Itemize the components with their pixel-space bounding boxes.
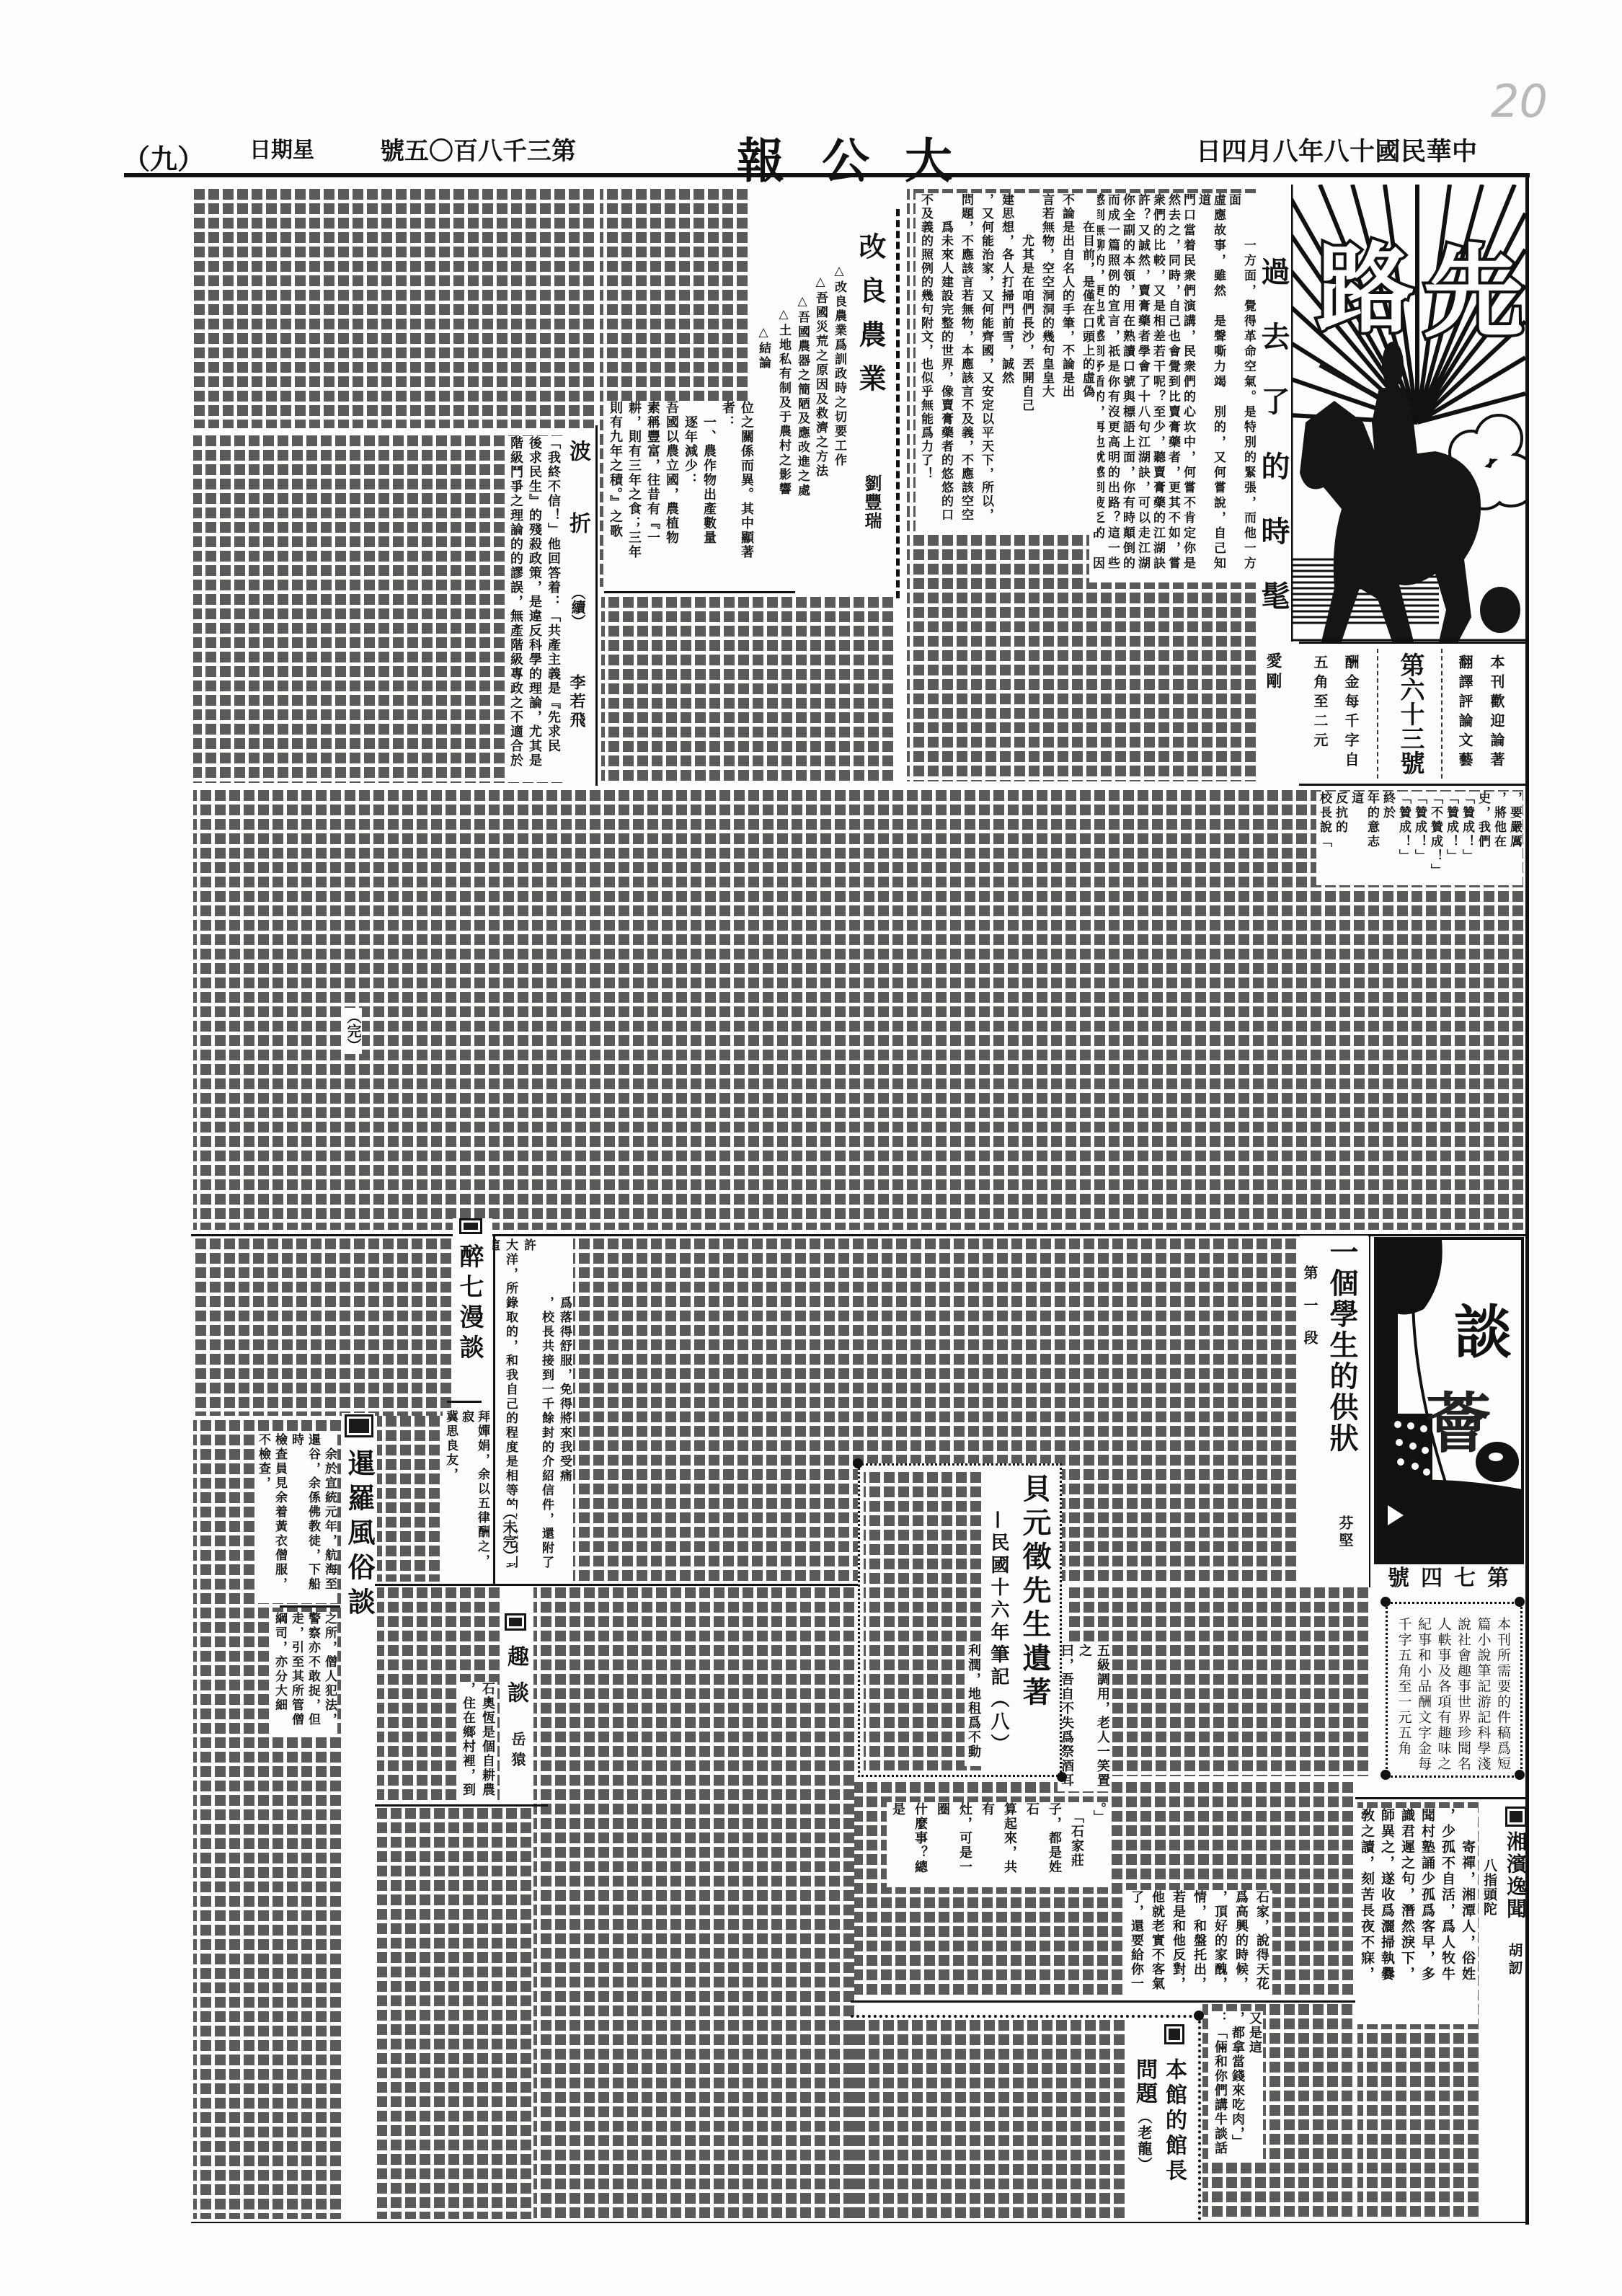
- dotted-rule: [851, 2015, 1198, 2018]
- article-part-label: 第一段: [1303, 1265, 1317, 1362]
- text-texture-left-bottom: [377, 1808, 531, 2219]
- text-column: 他就老實不客氣: [1147, 1890, 1168, 1998]
- text-texture-agriculture-continued: [193, 189, 594, 428]
- masthead-char-3: 報: [737, 123, 784, 191]
- text-column: 不檢查，: [254, 1433, 271, 1603]
- logo-char-tan: 談: [1454, 1299, 1512, 1366]
- text-column: 檢查員見余着黃衣僧服，: [271, 1433, 288, 1603]
- section-rule: [1355, 1797, 1527, 1799]
- text-column: 則有九年之積。』之歌: [606, 401, 624, 590]
- text-column: 利潤，地租爲不動: [965, 1644, 982, 1766]
- column-divider: [1369, 1234, 1370, 1587]
- text-column: 余於宣統元年，航海至: [321, 1433, 337, 1603]
- article-title-library-director: 本館的館長: [1163, 2058, 1184, 2184]
- handwritten-page-mark: 20: [1491, 75, 1548, 128]
- text-column: 「贊成！」: [1412, 792, 1427, 885]
- text-column: 問題，不應該言若無物，本應該言不及義，不應該空空: [956, 193, 976, 532]
- article-author-anecdote: 岳猿: [510, 1732, 525, 1772]
- text-column: ，住在鄉村裡，到: [458, 1682, 478, 1803]
- article-subtitle-bei-yuanzheng: —民國十六年筆記（八）: [989, 1510, 1008, 1756]
- text-column: 算起來，共有: [976, 1802, 1021, 1887]
- article-title-zuiqi: 醉七漫談: [457, 1244, 482, 1365]
- text-column: 爲落得舒服，免得將來我受痛: [555, 1238, 573, 1582]
- column-divider: [493, 1234, 495, 1586]
- text-column: ，少孤不自活，爲人牧牛: [1437, 1808, 1458, 2024]
- section-rule: [851, 2000, 1355, 2003]
- article-body-agriculture: 位之關係而異。其中顯著者： 一、農作物出產數量 逐年減少：吾國以農立國，農植物素…: [606, 401, 755, 590]
- text-column: 而成一篇照例的宣言，祇是你有沒更高明的出路？這一些: [1104, 193, 1120, 582]
- article-body-xiangbin: 寄禪，湘潭人，俗姓，少孤不自活，爲人牧牛聞村塾誦少孤爲客早，多識君遲之句，潛然淚…: [1357, 1808, 1478, 2024]
- text-column: 位之關係而異。其中顯著: [737, 401, 755, 590]
- article-title-xiangbin: 湘濱逸聞: [1505, 1831, 1525, 1920]
- corner-dot: [1057, 1772, 1067, 1782]
- text-column: 尤其是在咱們長沙，丟開自己: [1016, 193, 1037, 532]
- text-texture-library-box: [854, 2020, 1125, 2219]
- text-column: 一方面，覺得革命空氣。是特別的緊張，而他一方面: [1226, 193, 1256, 582]
- article-title-library-director-2: 問題: [1133, 2058, 1155, 2106]
- text-column: 言若無物，空空洞洞的幾句皇皇大: [1037, 193, 1057, 532]
- text-column: ，頂好的家醜，: [1210, 1890, 1231, 1998]
- text-column: 「贊成！」: [1396, 792, 1412, 885]
- article-author-xiangbin: 胡訒: [1507, 1943, 1522, 1977]
- publication-date: 中華民國十八年八月四日: [1196, 139, 1478, 164]
- section-rule: [375, 1584, 858, 1586]
- text-column: 爲未來人建設完整的世界，像賣膏藥者的悠悠的口: [936, 193, 956, 532]
- text-texture-center-bottom: [533, 1587, 854, 2219]
- tanhui-issue-number: 第七四號: [1388, 1568, 1520, 1590]
- text-column: 爲高興的時候，: [1231, 1890, 1251, 1998]
- text-column: 千字五角至一元五角: [1393, 1617, 1414, 1773]
- info-call-for-submissions-2: 翻譯評論文藝: [1458, 655, 1472, 771]
- agriculture-outline-item: △土地私有制及于農村之影響: [777, 307, 789, 497]
- article-subtitle-xiangbin: 八指頭陀: [1482, 1858, 1496, 1916]
- bottom-rule: [191, 2222, 1529, 2223]
- info-box-bottom-rule: [1299, 784, 1525, 786]
- info-box-top-rule: [1299, 642, 1525, 644]
- weekday: 星期日: [249, 140, 314, 161]
- text-column: 吾國以農立國，農植物: [662, 401, 681, 590]
- text-column: 反抗的: [1332, 792, 1348, 885]
- ground-icon: [1377, 1480, 1523, 1563]
- text-column: 階級鬥爭之理論的的謬誤，無產階級專政之不適合於: [506, 436, 525, 782]
- article-body-outdated-fashion-a: 一方面，覺得革命空氣。是特別的緊張，而他一方面虛應故事，雖然 是聲嘶力竭 別的，…: [1089, 193, 1256, 582]
- bracket-divider: [896, 209, 900, 598]
- face-icon: [1476, 1442, 1519, 1482]
- section-ornament-icon: [459, 1218, 482, 1234]
- text-column: 識君遲之句，潛然淚下，: [1397, 1808, 1417, 2024]
- text-column: 終於: [1380, 792, 1396, 885]
- article-author-outdated-fashion: 愛剛: [1265, 652, 1281, 693]
- corner-dot: [1515, 1770, 1525, 1780]
- text-texture-zuiqi: [193, 1238, 451, 1416]
- text-column: 在目前，是僅在口頭上的虛偽: [1077, 193, 1097, 532]
- article-body-student-confession-side: 五級調用，老人一笑置之曰，吾自不失爲祭酒耳: [1058, 1644, 1112, 1791]
- newspaper-page: 20 （九） 星期日 第三千八百〇五號 大 公 報 中華民國十八年八月四日: [0, 0, 1622, 2296]
- logo-char-lu: 路: [1317, 233, 1414, 346]
- article-body-anecdote: 石奧恆是個自耕農，住在鄉村裡，到: [458, 1682, 497, 1803]
- text-column: 了，還要給你一: [1126, 1890, 1147, 1998]
- masthead-rule: [124, 173, 1530, 177]
- article-body-zuiqi: 拜嬋娟，余以五律酬之，寂冀思良友，: [443, 1410, 490, 1582]
- corner-dot: [1381, 1770, 1391, 1780]
- text-column: 師異之，遂收爲灑掃執爨: [1377, 1808, 1397, 2024]
- article-body-siam-a: 余於宣統元年，航海至暹谷，余係佛教徒，下船時檢查員見余着黃衣僧服，不檢查，: [254, 1433, 337, 1603]
- text-column: 不及義的照例的幾句附文，也似乎無能爲力了！: [916, 193, 936, 532]
- end-mark: （完）: [345, 1008, 362, 1054]
- wavy-divider: [1377, 649, 1378, 779]
- text-column: 逐年減少：: [681, 401, 699, 590]
- text-column: 「贊成！」: [1443, 792, 1459, 885]
- text-column: ，校長共接到一千餘封的介紹信件，還附了許: [519, 1238, 555, 1582]
- section-rule: [280, 1605, 340, 1608]
- article-author-library-director: （老龍）: [1137, 2109, 1151, 2173]
- section-rule: [375, 1804, 548, 1807]
- corner-dot: [853, 1458, 863, 1468]
- continuation-fragments: ，要嚴厲，將他在史，我們「贊成！」「贊成！」「不贊成！」「贊成！」「贊成！」終於…: [1316, 792, 1523, 885]
- wavy-divider: [1441, 649, 1442, 779]
- tanhui-notice-text: 本刊所需要的件稿爲短篇小說筆記游記科學淺說社會趣事世界珍聞名人軼事及各項有趣味之…: [1393, 1617, 1512, 1773]
- text-column: 聞村塾誦少孤爲客早，多: [1417, 1808, 1437, 2024]
- text-column: 「石家莊: [1065, 1802, 1088, 1887]
- agriculture-outline-item: △吾國農器之簡陋及應改進之處: [796, 294, 808, 498]
- text-column: 本刊所需要的件稿爲短: [1493, 1617, 1513, 1773]
- fragment-shijiazhuang: 。」 「石家莊子，都是姓石算起來，共有灶，可是一圈什麼事？總是: [887, 1802, 1110, 1887]
- text-column: 走，引至其所管僧: [288, 1612, 304, 1734]
- fragment-family: 石家，說得天花爲高興的時候，，頂好的家醜，情，和盤托出，若是和他反對，他就老實不…: [1126, 1890, 1272, 1998]
- fragment-library: 又是這，都拿當錢來吃肉，」：「倆和你們講牛談話: [1211, 2011, 1263, 2163]
- page-number: （九）: [123, 137, 205, 177]
- text-column: 許？又誠然，賣膏藥者學會了十八句江湖訣，可以走江湖: [1135, 193, 1150, 582]
- xianlu-issue-number: 第六十三號: [1398, 652, 1422, 775]
- text-column: 石奧恆是個自耕農: [478, 1682, 497, 1803]
- text-column: 「不贊成！」: [1427, 792, 1443, 885]
- section-rule: [604, 591, 795, 593]
- text-column: 子，都是姓石: [1021, 1802, 1065, 1887]
- xianlu-header-illustration: 先 路: [1291, 185, 1525, 642]
- article-body-twists: 「我終不信！」他回答着：「共產主義是『先求民後求民生』的殘殺政策，是違反科學的理…: [506, 436, 562, 782]
- masthead-char-2: 公: [822, 123, 869, 191]
- section-ornament-icon: [505, 1613, 526, 1631]
- text-column: ，都拿當錢來吃肉，」: [1228, 2011, 1246, 2163]
- text-column: 敎之讀，刻苦長夜不寐，: [1357, 1808, 1377, 2024]
- article-title-siam: 暹羅風俗談: [345, 1449, 373, 1622]
- section-ornament-icon: [1164, 2024, 1184, 2044]
- info-fee-1: 酬金每千字自: [1344, 655, 1358, 771]
- article-author-twists: 李若飛: [569, 674, 585, 730]
- article-title-student-confession: 一個學生的供狀: [1327, 1237, 1356, 1454]
- text-column: 篇小說筆記游記科學淺: [1473, 1617, 1493, 1773]
- article-title-bei-yuanzheng: 貝元徵先生遺著: [1020, 1473, 1049, 1711]
- text-column: 紀事和小品酬文字金每: [1414, 1617, 1434, 1773]
- text-column: 寄禪，湘潭人，俗姓: [1458, 1808, 1478, 2024]
- corner-dot: [1515, 1597, 1525, 1607]
- article-body-bei-yuanzheng: 利潤，地租爲不動: [965, 1644, 982, 1766]
- text-column: ，要嚴厲: [1507, 792, 1523, 885]
- text-column: 年的意志: [1364, 792, 1380, 885]
- text-column: 灶，可是一圈: [931, 1802, 976, 1887]
- text-column: 者：: [718, 401, 737, 590]
- text-texture-center-lower: [601, 597, 893, 783]
- info-fee-2: 五角至二元: [1313, 655, 1327, 752]
- text-column: 校長說「: [1316, 792, 1332, 885]
- text-column: 史，我們: [1475, 792, 1491, 885]
- logo-char-xian: 先: [1423, 234, 1524, 352]
- tanhui-header-illustration: 談 薈: [1373, 1237, 1525, 1565]
- text-column: 五級調用，老人一笑置之: [1076, 1644, 1112, 1791]
- corner-dot: [1381, 1597, 1391, 1607]
- agriculture-outline-item: △結論: [757, 325, 769, 371]
- to-be-continued-mark: （未完）: [502, 1505, 516, 1563]
- text-column: 綱司，亦分大細: [271, 1612, 288, 1734]
- text-column: 不論是出自名人的手筆，不論是出: [1057, 193, 1077, 532]
- text-column: 虛應故事，雖然 是聲嘶力竭 別的，又何嘗說，自己知道: [1195, 193, 1226, 582]
- text-column: 後求民生』的殘殺政策，是違反科學的理論，尤其是: [525, 436, 544, 782]
- info-call-for-submissions-1: 本刊歡迎論著: [1489, 655, 1504, 771]
- dotted-rule: [1198, 2015, 1201, 2220]
- text-column: 情，和盤托出，: [1189, 1890, 1210, 1998]
- article-body-siam-b: 之所，僧人犯法，警察亦不敢捉，但走，引至其所管僧綱司，亦分大細: [271, 1612, 337, 1734]
- agriculture-outline-item: △吾國災荒之原因及救濟之方法: [814, 275, 826, 479]
- text-column: 若是和他反對，: [1168, 1890, 1189, 1998]
- text-column: 說社會趣事世界珍聞名: [1453, 1617, 1473, 1773]
- article-title-agriculture: 改良農業: [856, 232, 884, 408]
- text-column: 又是這: [1246, 2011, 1263, 2163]
- text-column: 人軼事及各項有趣味之: [1433, 1617, 1453, 1773]
- issue-number: 第三千八百〇五號: [380, 139, 576, 164]
- article-author-student-confession: 芬堅: [1338, 1515, 1352, 1550]
- continued-mark: （續）: [570, 585, 585, 629]
- column-divider: [595, 425, 598, 786]
- text-column: 「贊成！」: [1459, 792, 1475, 885]
- section-ornament-icon: [345, 1414, 373, 1437]
- article-title-twists: 波折: [567, 440, 588, 584]
- text-texture-bei-yuanzheng: [864, 1472, 981, 1770]
- section-ornament-icon: [1505, 1807, 1527, 1827]
- text-column: 一、農作物出產數量: [699, 401, 718, 590]
- text-column: 暹谷，余係佛教徒，下船時: [288, 1433, 321, 1603]
- text-column: ，又何能治家，又何能齊國，又安定以平天下，所以，: [976, 193, 996, 532]
- text-column: 警察亦不敢捉，但: [304, 1612, 321, 1734]
- text-column: 素稱豐富，往昔有『一: [643, 401, 662, 590]
- text-column: 這: [1348, 792, 1364, 885]
- text-column: 石家，說得天花: [1251, 1890, 1272, 1998]
- text-column: 「我終不信！」他回答着：「共產主義是『先求民: [544, 436, 562, 782]
- agriculture-outline-item: △改良農業爲訓政時之切要工作: [833, 264, 845, 468]
- text-column: 拜嬋娟，余以五律酬之，寂: [458, 1410, 490, 1582]
- article-author-agriculture: 劉豐瑞: [863, 474, 880, 531]
- text-column: 門口當着民衆們演講，民衆們的心坎中，何嘗不肯定你是: [1180, 193, 1195, 582]
- text-column: 建思想，各人打掃門前雪，誠然: [996, 193, 1016, 532]
- text-column: 你全副的本領，用在熟讀口號與標語上面，你有時顛倒的: [1120, 193, 1135, 582]
- text-column: 什麼事？總是: [887, 1802, 931, 1887]
- text-column: 耕，則有三年之食；三年: [624, 401, 643, 590]
- text-column: 然去之，同時，自己也會覺到比賣膏藥者，更其不如，嘗: [1165, 193, 1180, 582]
- text-column: 。」: [1088, 1802, 1110, 1887]
- corner-dot: [1194, 2011, 1204, 2021]
- article-body-outdated-fashion-b: 在目前，是僅在口頭上的虛偽不論是出自名人的手筆，不論是出言若無物，空空洞洞的幾句…: [916, 193, 1097, 532]
- text-column: 衆們的比較，又是相差若干呢？至少，聽賣膏藥的江湖訣: [1150, 193, 1165, 582]
- article-title-anecdote: 趣談: [505, 1645, 526, 1717]
- text-column: 之所，僧人犯法，: [321, 1612, 337, 1734]
- article-title-outdated-fashion: 過去了的時髦: [1259, 257, 1288, 646]
- section-rule: [447, 1401, 482, 1403]
- text-column: ，將他在: [1491, 792, 1507, 885]
- text-column: ：「倆和你們講牛談話: [1211, 2011, 1228, 2163]
- masthead-char-1: 大: [905, 123, 952, 191]
- text-column: 冀思良友，: [443, 1410, 458, 1582]
